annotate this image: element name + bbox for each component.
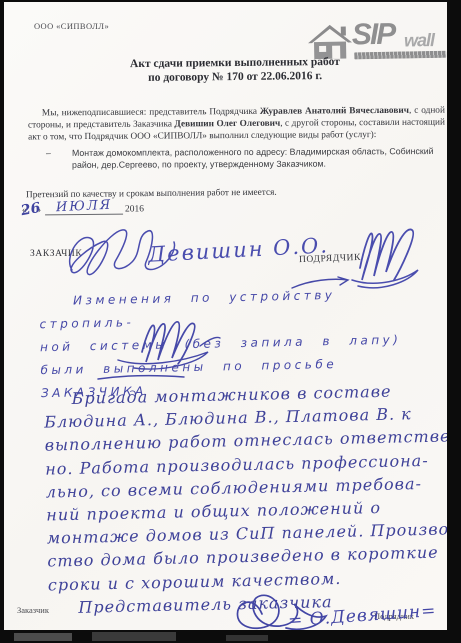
- typed-year: 2016: [125, 204, 144, 214]
- ink-stroke-arrow: [290, 276, 350, 290]
- work-item: – Монтаж домокомплекта, расположенного п…: [46, 146, 444, 171]
- month-underline: ИЮЛЯ: [45, 199, 123, 216]
- document-title: Акт сдачи приемки выполненных работ по д…: [70, 54, 400, 85]
- note1-line: Изменения по устройству стропиль-: [39, 282, 440, 336]
- scan-artifact: [14, 633, 72, 641]
- handwritten-month: ИЮЛЯ: [56, 198, 113, 216]
- date-line: « 26 » ИЮЛЯ 2016: [22, 198, 144, 215]
- intro-part-1: Мы, нижеподписавшиеся: представитель Под…: [42, 107, 260, 119]
- scanned-document: ООО «СИПВОЛЛ» SIP wall Акт сдачи приемки…: [0, 0, 461, 643]
- scan-artifact: [92, 632, 176, 641]
- customer-name: Девишин Олег Олегович: [174, 119, 280, 130]
- intro-paragraph: Мы, нижеподписавшиеся: представитель Под…: [28, 105, 445, 144]
- dash-marker: –: [46, 148, 51, 160]
- logo-text-wall: wall: [404, 30, 434, 52]
- ink-stroke-underline: [96, 372, 186, 382]
- scan-edge-left: [0, 0, 4, 643]
- handwritten-review: Бригада монтажников в составе Блюдина А.…: [43, 378, 450, 619]
- contractor-name: Журавлев Анатолий Вячеславович: [260, 106, 409, 117]
- company-name: ООО «СИПВОЛЛ»: [34, 21, 109, 31]
- note1-signature: [112, 316, 222, 372]
- footer-customer-label: Заказчик: [17, 605, 49, 615]
- logo-text-sip: SIP: [352, 18, 395, 53]
- scan-edge-top: [0, 0, 461, 2]
- scan-edge-right: [447, 0, 461, 643]
- work-item-text: Монтаж домокомплекта, расположенного по …: [46, 146, 444, 171]
- scan-artifact: [226, 635, 268, 641]
